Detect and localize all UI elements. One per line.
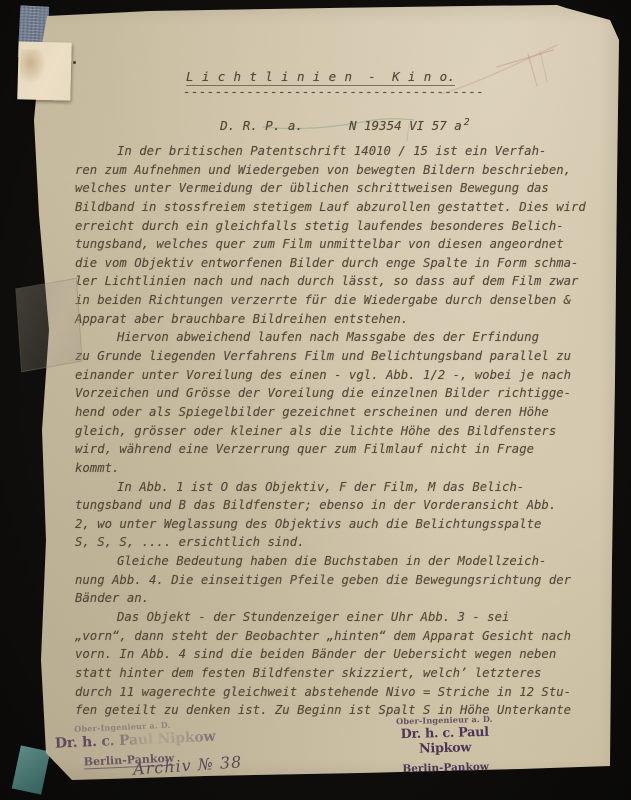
typewritten-line: vorn. In Abb. 4 sind die beiden Bänder d… [75, 645, 605, 664]
typewritten-line: ren zum Aufnehmen und Wiedergeben von be… [75, 161, 605, 180]
typewritten-line: hend oder als Spiegelbilder gezeichnet e… [75, 403, 605, 422]
typewritten-line: S, S, S, .... ersichtlich sind. [75, 533, 605, 552]
typewritten-line: In der britischen Patentschrift 14010 / … [75, 142, 605, 161]
typewritten-line: zu Grunde liegenden Verfahrens Film und … [75, 347, 605, 366]
teal-underlay-corner [12, 745, 50, 794]
typewritten-line: „vorn“, dann steht der Beobachter „hinte… [75, 627, 605, 646]
typewritten-line: 2, wo unter Weglassung des Objektivs auc… [75, 515, 605, 534]
typewritten-line: In Abb. 1 ist O das Objektiv, F der Film… [75, 478, 605, 497]
typewritten-line: erreicht durch ein gleichfalls stetig la… [75, 217, 605, 236]
typewritten-line: in beiden Richtungen verzerrte für die W… [75, 291, 605, 310]
typewritten-line: welches unter Vermeidung der üblichen sc… [75, 179, 605, 198]
typewritten-line: Gleiche Bedeutung haben die Buchstaben i… [75, 552, 605, 571]
typewritten-line: Bänder an. [75, 589, 605, 608]
typewritten-line: Bildband in stossfreiem stetigem Lauf ab… [75, 198, 605, 217]
scanned-document-photo: L i c h t l i n i e n - K i n o. -------… [0, 0, 631, 800]
typewritten-line: Hiervon abweichend laufen nach Massgabe … [75, 328, 605, 347]
title-underline-dashes: -------------------------------------- [183, 84, 484, 99]
translucent-tape-left-edge [15, 278, 82, 373]
typewritten-line: statt hinter dem festen Bildfenster skiz… [75, 664, 605, 683]
typewritten-line: durch 11 wagerechte gleichweit abstehend… [75, 683, 605, 702]
typewritten-line: Vorzeichen und Grösse der Voreilung die … [75, 384, 605, 403]
typewritten-line: tungsband und B das Bildfenster; ebenso … [75, 496, 605, 515]
nipkow-stamp: Ober-Ingenieur a. D. Dr. h. c. Paul Nipk… [376, 713, 514, 777]
typewritten-line: ler Lichtlinien nach und nach durch läss… [75, 272, 605, 291]
typewritten-line: kommt. [75, 459, 605, 478]
stamp-name-line: Dr. h. c. Paul Nipkow [377, 724, 514, 758]
patent-number: N 19354 VI 57 a [349, 118, 462, 133]
typewritten-line: nung Abb. 4. Die einseitigen Pfeile gebe… [75, 571, 605, 590]
typewritten-line: tungsband, welches quer zum Film unmitte… [75, 235, 605, 254]
typewritten-line: Das Objekt - der Stundenzeiger einer Uhr… [75, 608, 605, 627]
stamp-city-line: Berlin-Pankow [402, 761, 489, 776]
typewritten-body: In der britischen Patentschrift 14010 / … [75, 142, 605, 720]
drpa-label: D. R. P. a. [220, 118, 303, 133]
typewritten-line: die vom Objektiv entworfenen Bilder durc… [75, 254, 605, 273]
paper-sheet: L i c h t l i n i e n - K i n o. -------… [0, 0, 631, 800]
paper-repair-patch [17, 41, 72, 100]
ink-dot [73, 61, 76, 64]
typewritten-line: einander unter Voreilung des einen - vgl… [75, 366, 605, 385]
patent-number-superscript: 2 [464, 117, 470, 128]
typewritten-line: Apparat aber brauchbare Bildreihen entst… [75, 310, 605, 329]
typewritten-line: fen geteilt zu denken ist. Zu Beginn ist… [75, 701, 605, 720]
typewritten-line: gleich, grösser oder kleiner als die lic… [75, 422, 605, 441]
typewritten-line: wird, während eine Verzerrung quer zum F… [75, 440, 605, 459]
